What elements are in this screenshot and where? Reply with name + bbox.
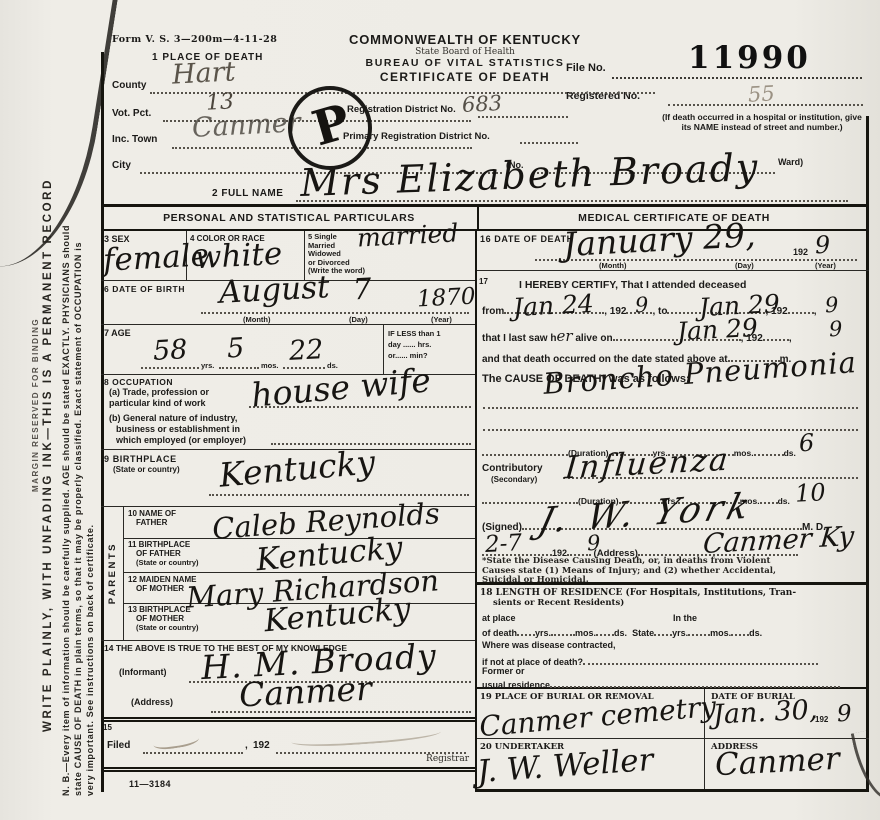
state-board-subtitle: State Board of Health	[345, 47, 585, 57]
where-contracted-label: Where was disease contracted,	[482, 640, 616, 650]
margin-nb-note: N. B.—Every item of information should b…	[60, 225, 96, 796]
personal-column: 3 SEX 4 COLOR OR RACE 5 Single Married W…	[101, 231, 477, 792]
mother-bp-value: Kentucky	[263, 594, 412, 638]
full-name-value: Mrs Elizabeth Broady	[299, 148, 759, 202]
occupation-b-line-1: (b) General nature of industry,	[109, 413, 237, 423]
form-code: 11—3184	[129, 779, 171, 789]
residence-heading-1: 18 LENGTH OF RESIDENCE (For Hospitals, I…	[480, 588, 796, 598]
row-informant: 14 THE ABOVE IS TRUE TO THE BEST OF MY K…	[101, 641, 475, 717]
margin-binding-note: MARGIN RESERVED FOR BINDING	[31, 318, 40, 492]
if-less-line-1: IF LESS than 1	[388, 328, 471, 339]
from-line-comma: ,	[814, 306, 817, 317]
res-mos-1: mos.	[575, 628, 596, 638]
row-certification: 17 I HEREBY CERTIFY, That I attended dec…	[477, 271, 869, 585]
age-line-2	[219, 367, 259, 369]
at-place-label: at place	[482, 613, 516, 623]
certificate-title: CERTIFICATE OF DEATH	[345, 70, 585, 84]
row-residence: 18 LENGTH OF RESIDENCE (For Hospitals, I…	[477, 585, 869, 689]
dod-label: 16 DATE OF DEATH	[480, 234, 574, 244]
county-label: County	[112, 80, 146, 91]
saw-prefix: that I last saw h	[482, 333, 556, 344]
registration-district-line	[478, 116, 568, 118]
occupation-b-line-2: business or establishment in	[116, 424, 240, 434]
dob-label: 6 DATE OF BIRTH	[104, 284, 185, 294]
father-name-label-2: FATHER	[136, 518, 167, 527]
row-filed: 15 Filed , 192 Registrar	[101, 717, 475, 767]
color-value: white	[194, 239, 283, 275]
p-stamp: P	[288, 86, 372, 170]
inc-town-value: Canmer	[191, 109, 301, 142]
occupation-b-line-3: which employed (or employer)	[116, 435, 246, 445]
res-ds-1: ds.	[614, 628, 627, 638]
undertaker-value: J. W. Weller	[476, 745, 654, 788]
p-stamp-letter: P	[306, 94, 356, 158]
occupation-a-line-1: (a) Trade, profession or	[109, 387, 209, 397]
dod-month-sub: (Month)	[599, 261, 626, 270]
medical-column: 16 DATE OF DEATH January 29, 192 9 (Mont…	[477, 231, 869, 792]
res-yrs-2: yrs.	[672, 628, 688, 638]
res-yrs-1: yrs.	[535, 628, 551, 638]
age-label: 7 AGE	[104, 328, 131, 338]
of-death-label: of death	[482, 628, 517, 638]
dod-year-value: 9	[814, 233, 831, 258]
from-year-value: 9	[634, 295, 648, 317]
birthplace-value: Kentucky	[218, 445, 376, 491]
county-value: Hart	[171, 58, 236, 88]
filed-scribble-2	[291, 723, 442, 749]
bureau-subtitle: BUREAU OF VITAL STATISTICS	[345, 57, 585, 69]
file-no-line	[612, 77, 862, 79]
marital-line-5: (Write the word)	[308, 267, 472, 276]
row-date-of-death: 16 DATE OF DEATH January 29, 192 9 (Mont…	[477, 231, 869, 271]
contributory-duration-days-value: 10	[794, 480, 826, 506]
cause-duration-days-value: 6	[798, 431, 815, 456]
age-line-1	[141, 367, 199, 369]
res-ds-2: ds.	[749, 628, 762, 638]
secondary-label: (Secondary)	[491, 475, 537, 484]
inc-town-label: Inc. Town	[112, 134, 157, 145]
age-line-3	[283, 367, 325, 369]
age-days-value: 22	[288, 336, 324, 365]
age-years-value: 58	[152, 336, 188, 365]
saw-line-comma: ,	[789, 333, 792, 344]
saw-hw-suffix: er	[556, 327, 572, 345]
margin-nb-line-1: N. B.—Every item of information should b…	[60, 225, 72, 796]
residence-heading-2: sients or Recent Residents)	[493, 598, 624, 608]
mother-bp-label-1: 13 BIRTHPLACE	[128, 605, 191, 614]
city-label: City	[112, 160, 131, 171]
full-name-label: 2 FULL NAME	[212, 188, 283, 199]
age-mos-label: mos.	[261, 361, 279, 370]
contributory-label: Contributory	[482, 463, 543, 474]
row-date-of-birth: 6 DATE OF BIRTH August 7 1870 (Month) (D…	[101, 281, 475, 325]
certify-no: 17	[479, 277, 488, 286]
filed-comma: ,	[245, 740, 248, 751]
to-label: , to	[652, 306, 667, 317]
margin-nb-line-3: very important. See instructions on back…	[84, 225, 96, 796]
father-bp-label-1: 11 BIRTHPLACE	[128, 540, 190, 549]
death-certificate-scan: MARGIN RESERVED FOR BINDING WRITE PLAINL…	[0, 0, 880, 820]
contributory-value: Influenza	[564, 445, 731, 485]
dod-day-sub: (Day)	[735, 261, 754, 270]
commonwealth-title: COMMONWEALTH OF KENTUCKY	[345, 32, 585, 47]
if-not-line: if not at place of death?	[482, 654, 864, 667]
form-number: Form V. S. 3—200m—4-11-28	[112, 34, 277, 45]
registered-no-value: 55	[747, 83, 775, 105]
father-bp-label-3: (State or country)	[136, 558, 199, 567]
filed-no: 15	[103, 723, 112, 732]
burial-date-value: Jan. 30,	[712, 696, 818, 728]
father-name-label-1: 10 NAME OF	[128, 509, 176, 518]
age-cell: 7 AGE yrs. mos. ds. 58 5 22	[101, 325, 383, 374]
file-no-value: 11990	[688, 40, 811, 76]
res-mos-2: mos.	[710, 628, 731, 638]
filed-line-1	[143, 752, 243, 754]
informant-address-label: (Address)	[131, 697, 173, 707]
row-undertaker: 20 UNDERTAKER J. W. Weller ADDRESS Canme…	[477, 739, 869, 792]
parents-label: PARENTS	[107, 542, 118, 604]
in-the-label: In the	[673, 613, 697, 623]
vot-pct-label: Vot. Pct.	[112, 108, 151, 119]
burial-year-value: 9	[836, 703, 852, 727]
dob-year-sub: (Year)	[431, 315, 452, 324]
burial-place-cell: 19 PLACE OF BURIAL OR REMOVAL Canmer cem…	[477, 689, 705, 738]
margin-nb-line-2: state CAUSE OF DEATH in plain terms, so …	[72, 225, 84, 796]
alive-label: alive on	[575, 333, 612, 344]
birthplace-sub-label: (State or country)	[113, 465, 180, 474]
dob-day-value: 7	[352, 275, 372, 305]
filed-scribble-1	[152, 730, 200, 751]
filed-line-2	[276, 752, 466, 754]
city-ward-label: Ward)	[778, 157, 803, 167]
row-occupation: 8 OCCUPATION (a) Trade, profession or pa…	[101, 375, 475, 450]
informant-label: (Informant)	[119, 667, 167, 677]
if-less-line-3: or...... min?	[388, 350, 471, 361]
age-yrs-label: yrs.	[201, 361, 214, 370]
registration-district-value: 683	[461, 93, 502, 116]
from-label: from	[482, 306, 504, 317]
marital-value: married	[356, 220, 458, 250]
primary-district-line	[520, 142, 578, 144]
duration-mos-1: mos.	[734, 448, 754, 458]
filed-label: Filed	[107, 740, 130, 751]
saw-value: Jan 29	[676, 315, 758, 344]
father-name-row: 10 NAME OF FATHER Caleb Reynolds	[124, 507, 475, 539]
mother-bp-label-2: OF MOTHER	[136, 614, 184, 623]
signed-year-value: 9	[586, 533, 600, 555]
residence-values-line: of deathyrs.mos.ds. Stateyrs.mos.ds.	[482, 625, 864, 638]
age-months-value: 5	[226, 335, 245, 363]
dob-day-sub: (Day)	[349, 315, 368, 324]
duration-ds-2: ds.	[778, 496, 790, 506]
state-label: State	[632, 628, 654, 638]
dob-line	[201, 312, 469, 314]
duration-ds-1: ds.	[784, 448, 796, 458]
mother-name-label-2: OF MOTHER	[136, 584, 184, 593]
mother-bp-label-3: (State or country)	[136, 623, 199, 632]
signed-address-value: Canmer Ky	[702, 523, 855, 558]
undertaker-address-cell: ADDRESS Canmer	[705, 739, 869, 789]
hospital-note: (If death occurred in a hospital or inst…	[656, 112, 868, 132]
from-year-prefix: , 192	[604, 306, 626, 317]
burial-date-cell: DATE OF BURIAL Jan. 30, 192 9	[705, 689, 869, 738]
certificate-body: 3 SEX 4 COLOR OR RACE 5 Single Married W…	[101, 231, 869, 792]
birthplace-label: 9 BIRTHPLACE	[104, 454, 177, 464]
file-no-label: File No.	[566, 62, 606, 74]
saw-year-value: 9	[828, 319, 842, 341]
margin-write-plainly-note: WRITE PLAINLY, WITH UNFADING INK—THIS IS…	[42, 178, 54, 732]
dob-month-sub: (Month)	[243, 315, 270, 324]
mother-birthplace-row: 13 BIRTHPLACE OF MOTHER (State or countr…	[124, 604, 475, 640]
occupation-label: 8 OCCUPATION	[104, 377, 173, 387]
undertaker-cell: 20 UNDERTAKER J. W. Weller	[477, 739, 705, 789]
cause-line-1	[483, 407, 858, 409]
certify-saw-line: that I last saw her alive on, 192,	[482, 327, 864, 345]
filed-year-prefix: 192	[253, 740, 270, 751]
footnote: *State the Disease Causing Death, or, in…	[482, 557, 776, 586]
if-less-line-2: day ...... hrs.	[388, 339, 471, 350]
registrar-label: Registrar	[426, 754, 469, 764]
informant-address-value: Canmer	[238, 672, 372, 712]
occupation-a-line-2: particular kind of work	[109, 398, 206, 408]
dod-year-sub: (Year)	[815, 261, 836, 270]
father-bp-label-2: OF FATHER	[136, 549, 181, 558]
dod-year-prefix: 192	[793, 247, 808, 257]
row-burial: 19 PLACE OF BURIAL OR REMOVAL Canmer cem…	[477, 689, 869, 739]
to-year-value: 9	[824, 295, 838, 317]
former-label: Former or	[482, 666, 525, 676]
parents-strip: PARENTS	[101, 507, 124, 640]
dob-year-value: 1870	[416, 285, 476, 311]
from-value: Jan 24	[512, 291, 594, 320]
row-parents: PARENTS 10 NAME OF FATHER Caleb Reynolds…	[101, 507, 475, 641]
row-form-code: 11—3184	[101, 767, 475, 792]
dod-value: January 29,	[562, 218, 756, 261]
dob-month-value: August	[218, 272, 330, 309]
undertaker-address-value: Canmer	[714, 744, 840, 781]
signed-date-value: 2-7	[484, 532, 522, 557]
